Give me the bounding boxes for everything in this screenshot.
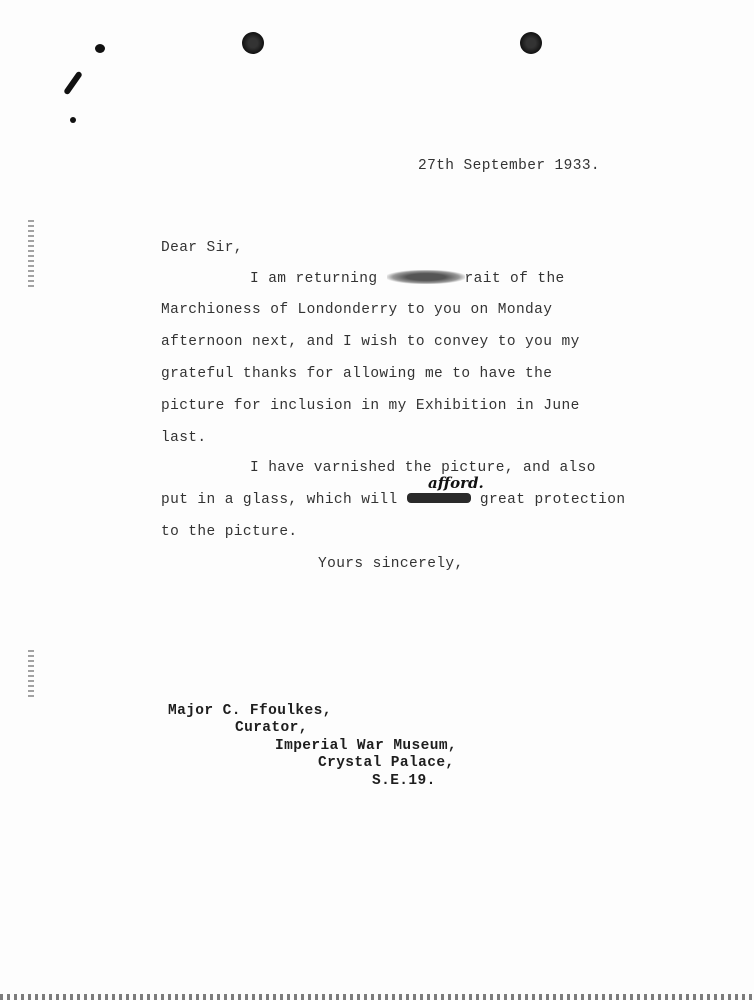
para2-line2: put in a glass, which will great protect… <box>161 492 625 508</box>
para1-line6: last. <box>161 430 207 446</box>
binding-marks <box>28 650 34 700</box>
para1-line3: afternoon next, and I wish to convey to … <box>161 334 580 350</box>
para1-text: I am returning <box>250 271 387 287</box>
handwritten-correction: afford. <box>428 474 484 492</box>
binding-marks <box>28 220 34 290</box>
ink-blot <box>95 44 105 53</box>
ink-dot <box>70 117 76 123</box>
page-bottom-edge <box>0 994 754 1000</box>
letter-page: 27th September 1933. Dear Sir, I am retu… <box>0 0 754 1000</box>
addressee-title: Curator, <box>235 720 308 736</box>
addressee-place: Crystal Palace, <box>318 755 455 771</box>
punch-hole-left <box>242 32 264 54</box>
para2-text: put in a glass, which will <box>161 492 407 508</box>
para1-line5: picture for inclusion in my Exhibition i… <box>161 398 580 414</box>
para2-line3: to the picture. <box>161 524 298 540</box>
addressee-org: Imperial War Museum, <box>275 738 457 754</box>
salutation: Dear Sir, <box>161 240 243 256</box>
para1-text: rait of the <box>465 271 565 287</box>
addressee-postcode: S.E.19. <box>372 773 436 789</box>
para1-line4: grateful thanks for allowing me to have … <box>161 366 552 382</box>
addressee-name: Major C. Ffoulkes, <box>168 703 332 719</box>
para1-line1: I am returning rait of the <box>250 270 565 287</box>
ink-streak <box>63 71 83 96</box>
punch-hole-right <box>520 32 542 54</box>
para2-line1: I have varnished the picture, and also <box>250 460 596 476</box>
para1-line2: Marchioness of Londonderry to you on Mon… <box>161 302 552 318</box>
struck-word <box>407 493 471 503</box>
para2-text: great protection <box>471 492 626 508</box>
closing: Yours sincerely, <box>318 556 464 572</box>
letter-date: 27th September 1933. <box>418 158 600 174</box>
smudged-text <box>387 270 465 284</box>
